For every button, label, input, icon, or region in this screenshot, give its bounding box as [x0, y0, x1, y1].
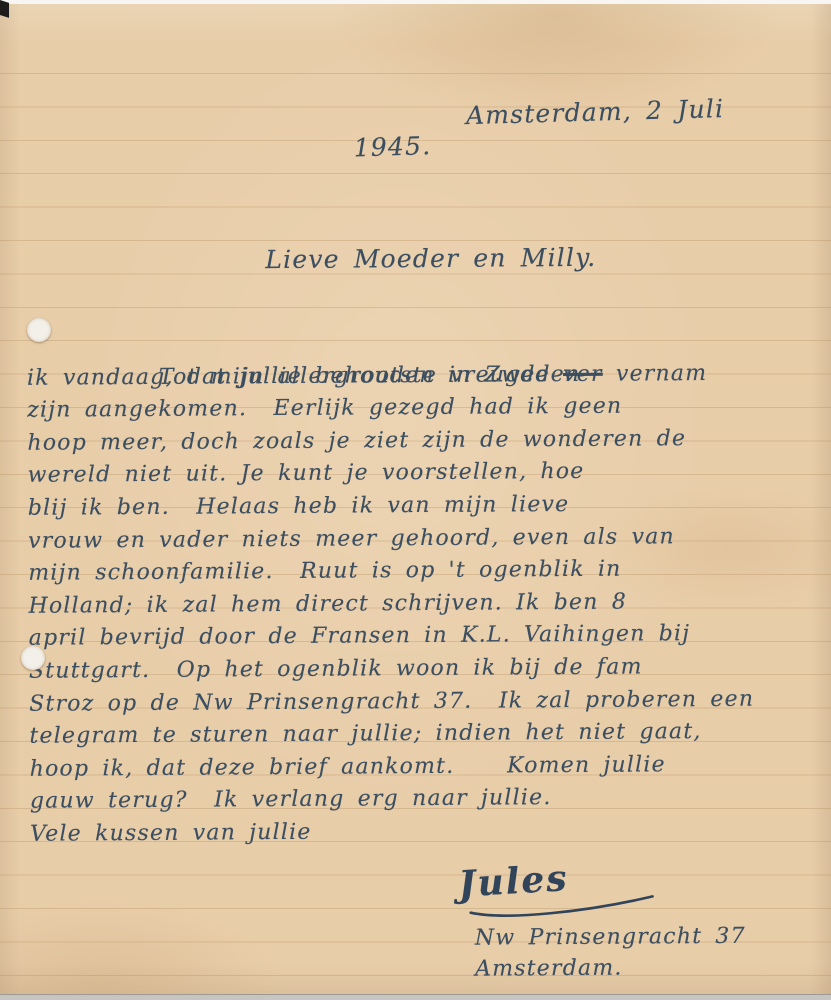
opening-post-text: vernam: [603, 361, 708, 387]
scan-corner-shadow: [0, 0, 9, 18]
date-line: Amsterdam, 2 Juli 1945.: [352, 62, 818, 191]
letter-paper: Amsterdam, 2 Juli 1945. Lieve Moeder en …: [0, 4, 831, 994]
signature-block: Jules: [458, 858, 821, 919]
body-line: telegram te sturen naar jullie; indien h…: [29, 715, 820, 753]
body-line: zijn aangekomen. Eerlijk gezegd had ik g…: [27, 389, 818, 427]
body-line: Holland; ik zal hem direct schrijven. Ik…: [28, 585, 819, 623]
letter-content: Amsterdam, 2 Juli 1945. Lieve Moeder en …: [25, 67, 822, 987]
body-line: hoop meer, doch zoals je ziet zijn de wo…: [27, 422, 818, 460]
signature: Jules: [457, 857, 569, 905]
body-line: gauw terug? Ik verlang erg naar jullie.: [30, 781, 821, 819]
hole-punch-bottom: [21, 646, 45, 670]
body-line: april bevrijd door de Fransen in K.L. Va…: [29, 618, 820, 656]
body-line: vrouw en vader niets meer gehoord, even …: [28, 520, 819, 558]
address-block: Nw Prinsengracht 37 Amsterdam.: [475, 920, 822, 984]
body-line: Stuttgart. Op het ogenblik woon ik bij d…: [29, 650, 820, 688]
body-line-opening: Tot mijn allergrootste vreugde ver verna…: [27, 324, 818, 362]
salutation-text: Lieve Moeder en Milly.: [265, 243, 596, 274]
location-date-text: Amsterdam, 2 Juli 1945.: [353, 94, 738, 163]
salutation-line: Lieve Moeder en Milly.: [152, 212, 818, 304]
hole-punch-top: [27, 318, 51, 342]
body-line: wereld niet uit. Je kunt je voorstellen,…: [28, 455, 819, 493]
address-street: Nw Prinsengracht 37: [475, 920, 822, 953]
body-line: Stroz op de Nw Prinsengracht 37. Ik zal …: [29, 683, 820, 721]
scan-background-bottom: [0, 994, 831, 1000]
closing-line: Vele kussen van jullie: [30, 813, 821, 851]
letter-body: Tot mijn allergrootste vreugde ver verna…: [27, 324, 822, 851]
address-city: Amsterdam.: [475, 951, 822, 984]
body-line: hoop ik, dat deze brief aankomt. Komen j…: [30, 748, 821, 786]
body-line: mijn schoonfamilie. Ruut is op 't ogenbl…: [28, 552, 819, 590]
letter-scan: Amsterdam, 2 Juli 1945. Lieve Moeder en …: [0, 0, 831, 1000]
body-line: blij ik ben. Helaas heb ik van mijn liev…: [28, 487, 819, 525]
